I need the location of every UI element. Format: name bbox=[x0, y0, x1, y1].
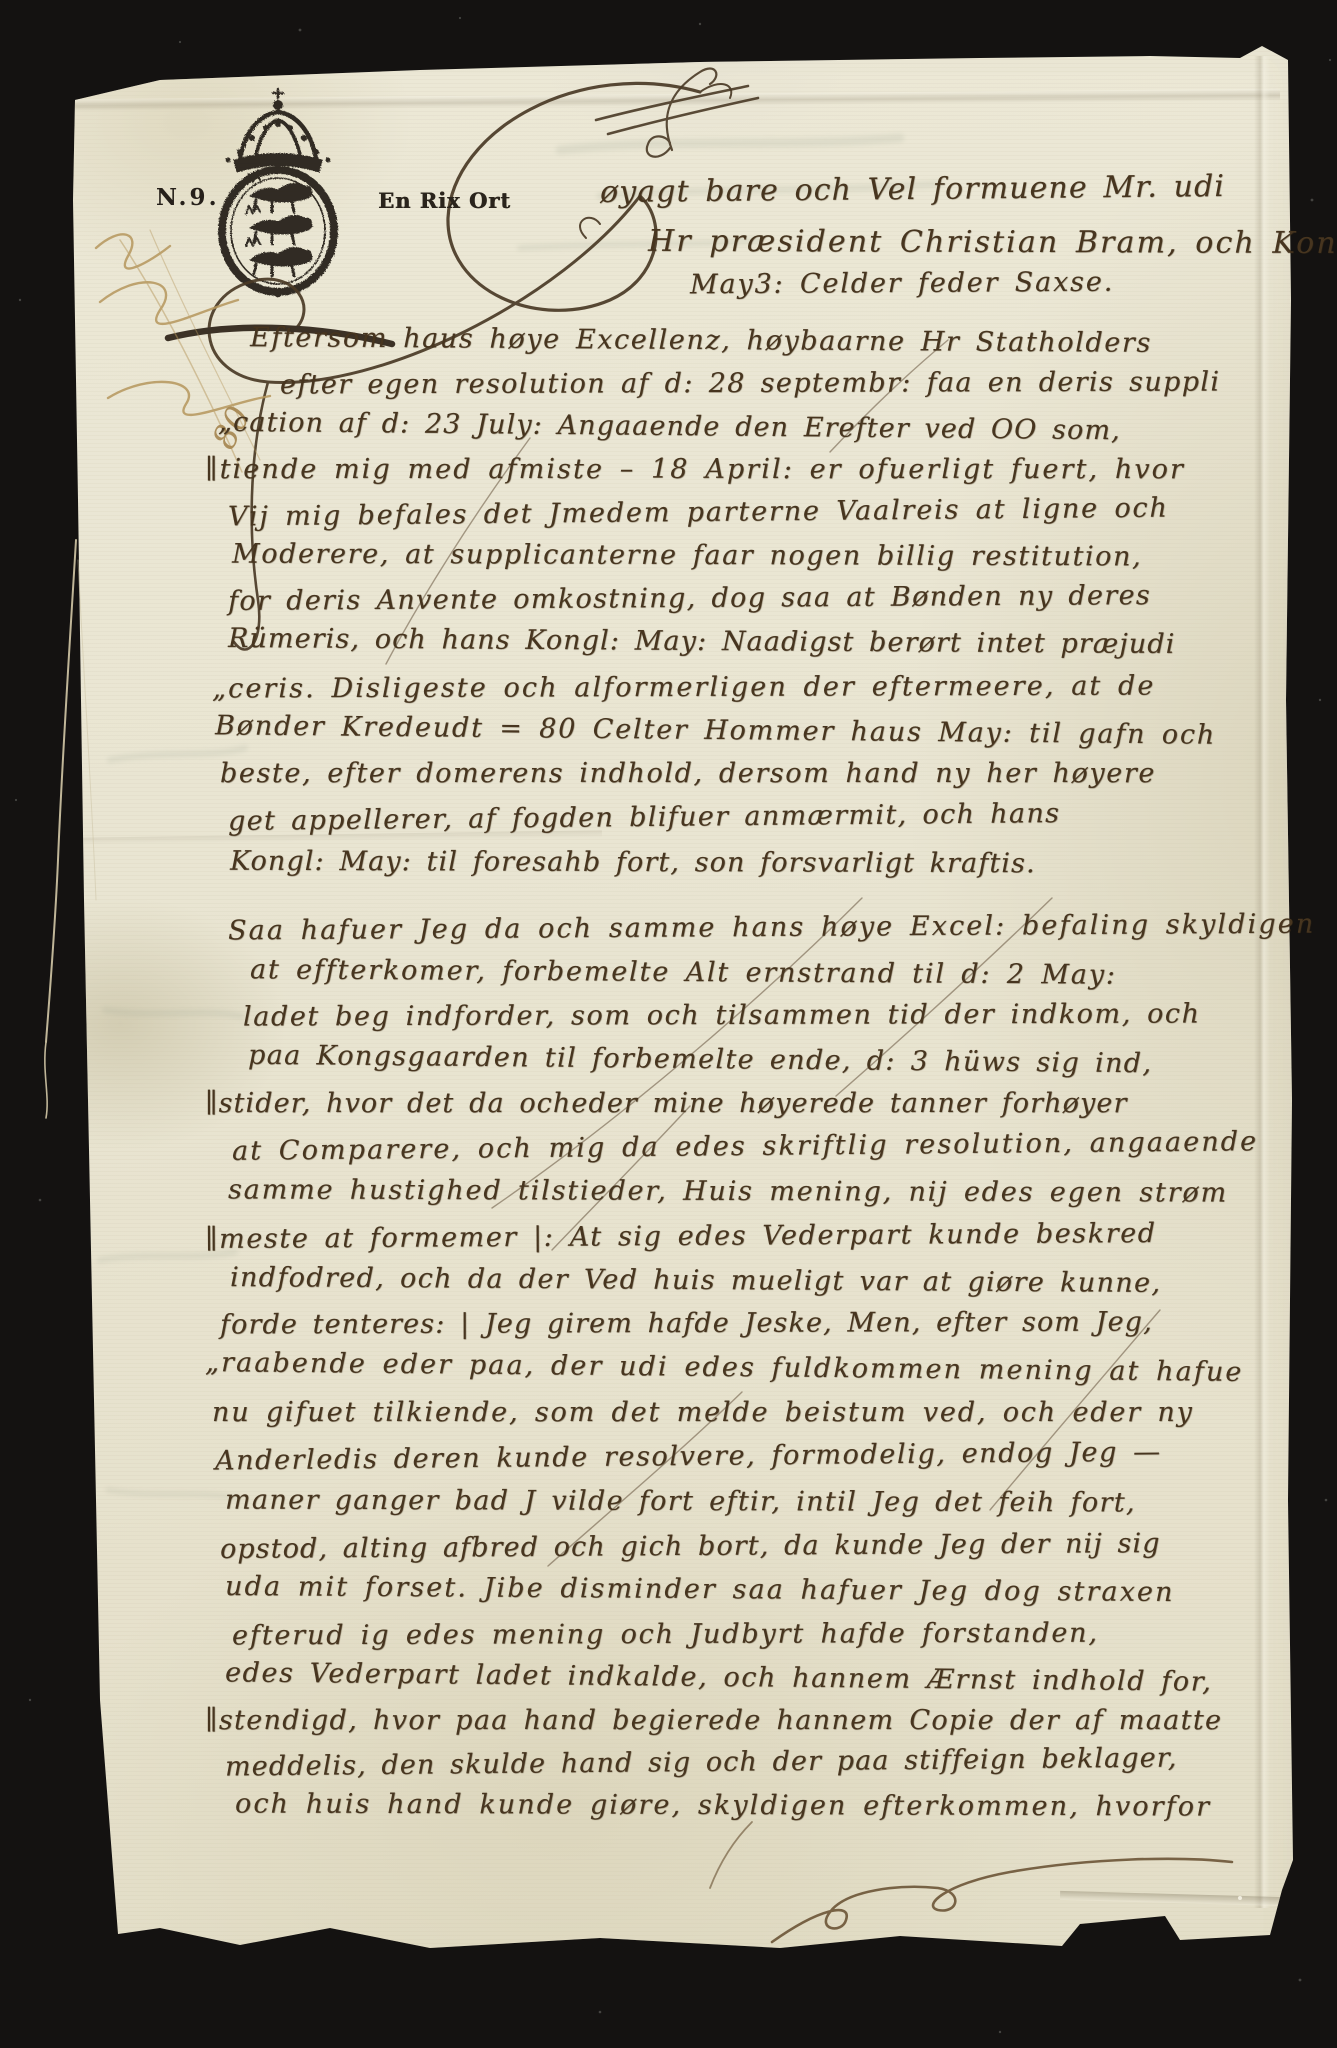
handwritten-line: meddelis, den skulde hand sig och der pa… bbox=[225, 1743, 1178, 1783]
handwritten-line: forde tenteres: | Jeg girem hafde Jeske,… bbox=[220, 1307, 1153, 1341]
handwritten-line: ∥meste at formemer |: At sig edes Vederp… bbox=[205, 1218, 1157, 1255]
handwritten-line: get appellerer, af fogden blifuer anmærm… bbox=[228, 798, 1061, 837]
handwritten-line: Rümeris, och hans Kongl: May: Naadigst b… bbox=[228, 623, 1176, 660]
handwritten-line: for deris Anvente omkostning, dog saa at… bbox=[228, 580, 1151, 617]
handwritten-line: „cation af d: 23 July: Angaaende den Ere… bbox=[218, 407, 1121, 447]
handwritten-line: uda mit forset. Jibe disminder saa hafue… bbox=[225, 1571, 1175, 1608]
handwritten-line: nu gifuet tilkiende, som det melde beist… bbox=[212, 1397, 1194, 1428]
handwritten-line: efter egen resolution af d: 28 septembr:… bbox=[280, 367, 1220, 401]
handwritten-line: efterud ig edes mening och Judbyrt hafde… bbox=[232, 1618, 1099, 1652]
handwritten-line: opstod, alting afbred och gich bort, da … bbox=[220, 1528, 1161, 1565]
handwritten-line: Hr præsident Christian Bram, och Kongl:- bbox=[648, 224, 1337, 261]
scanned-manuscript-page: N.9. En Rix Ort 80 øyagt bare och Vel fo… bbox=[0, 0, 1337, 2048]
handwritten-line: „ceris. Disligeste och alformerligen der… bbox=[212, 671, 1156, 705]
handwritten-line: Moderere, at supplicanterne faar nogen b… bbox=[232, 539, 1142, 573]
handwritten-line: samme hustighed tilstieder, Huis mening,… bbox=[228, 1174, 1228, 1208]
handwritten-line: maner ganger bad J vilde fort eftir, int… bbox=[225, 1485, 1136, 1519]
handwritten-line: Anderledis deren kunde resolvere, formod… bbox=[215, 1437, 1162, 1477]
handwritten-line: ∥stider, hvor det da ocheder mine høyere… bbox=[205, 1088, 1127, 1119]
handwritten-line: edes Vederpart ladet indkalde, och hanne… bbox=[225, 1657, 1213, 1697]
handwritten-line: Kongl: May: til foresahb fort, son forsv… bbox=[230, 846, 1036, 880]
handwritten-line: paa Kongsgaarden til forbemelte ende, d:… bbox=[248, 1040, 1153, 1080]
handwritten-line: Eftersom haus høye Excellenz, høybaarne … bbox=[250, 322, 1152, 359]
handwritten-line: Bønder Kredeudt = 80 Celter Hommer haus … bbox=[215, 710, 1216, 750]
handwriting-layer: øyagt bare och Vel formuene Mr. udiHr pr… bbox=[0, 0, 1337, 2048]
handwritten-line: at effterkomer, forbemelte Alt ernstrand… bbox=[250, 954, 1117, 990]
handwritten-line: indfodred, och da der Ved huis mueligt v… bbox=[230, 1262, 1161, 1299]
handwritten-line: at Comparere, och mig da edes skriftlig … bbox=[232, 1126, 1258, 1167]
handwritten-line: „raabende eder paa, der udi edes fuldkom… bbox=[205, 1347, 1244, 1388]
handwritten-line: och huis hand kunde giøre, skyldigen eft… bbox=[235, 1788, 1211, 1822]
handwritten-line: ∥stendigd, hvor paa hand begierede hanne… bbox=[205, 1705, 1222, 1736]
handwritten-line: May3: Celder feder Saxse. bbox=[690, 267, 1114, 301]
handwritten-line: øyagt bare och Vel formuene Mr. udi bbox=[600, 169, 1225, 210]
handwritten-line: ladet beg indforder, som och tilsammen t… bbox=[243, 998, 1201, 1032]
handwritten-line: Vij mig befales det Jmedem parterne Vaal… bbox=[228, 493, 1169, 533]
handwritten-line: beste, efter domerens indhold, dersom ha… bbox=[220, 758, 1156, 789]
handwritten-line: ∥tiende mig med afmiste – 18 April: er o… bbox=[205, 454, 1185, 485]
handwritten-line: Saa hafuer Jeg da och samme hans høye Ex… bbox=[228, 909, 1315, 947]
